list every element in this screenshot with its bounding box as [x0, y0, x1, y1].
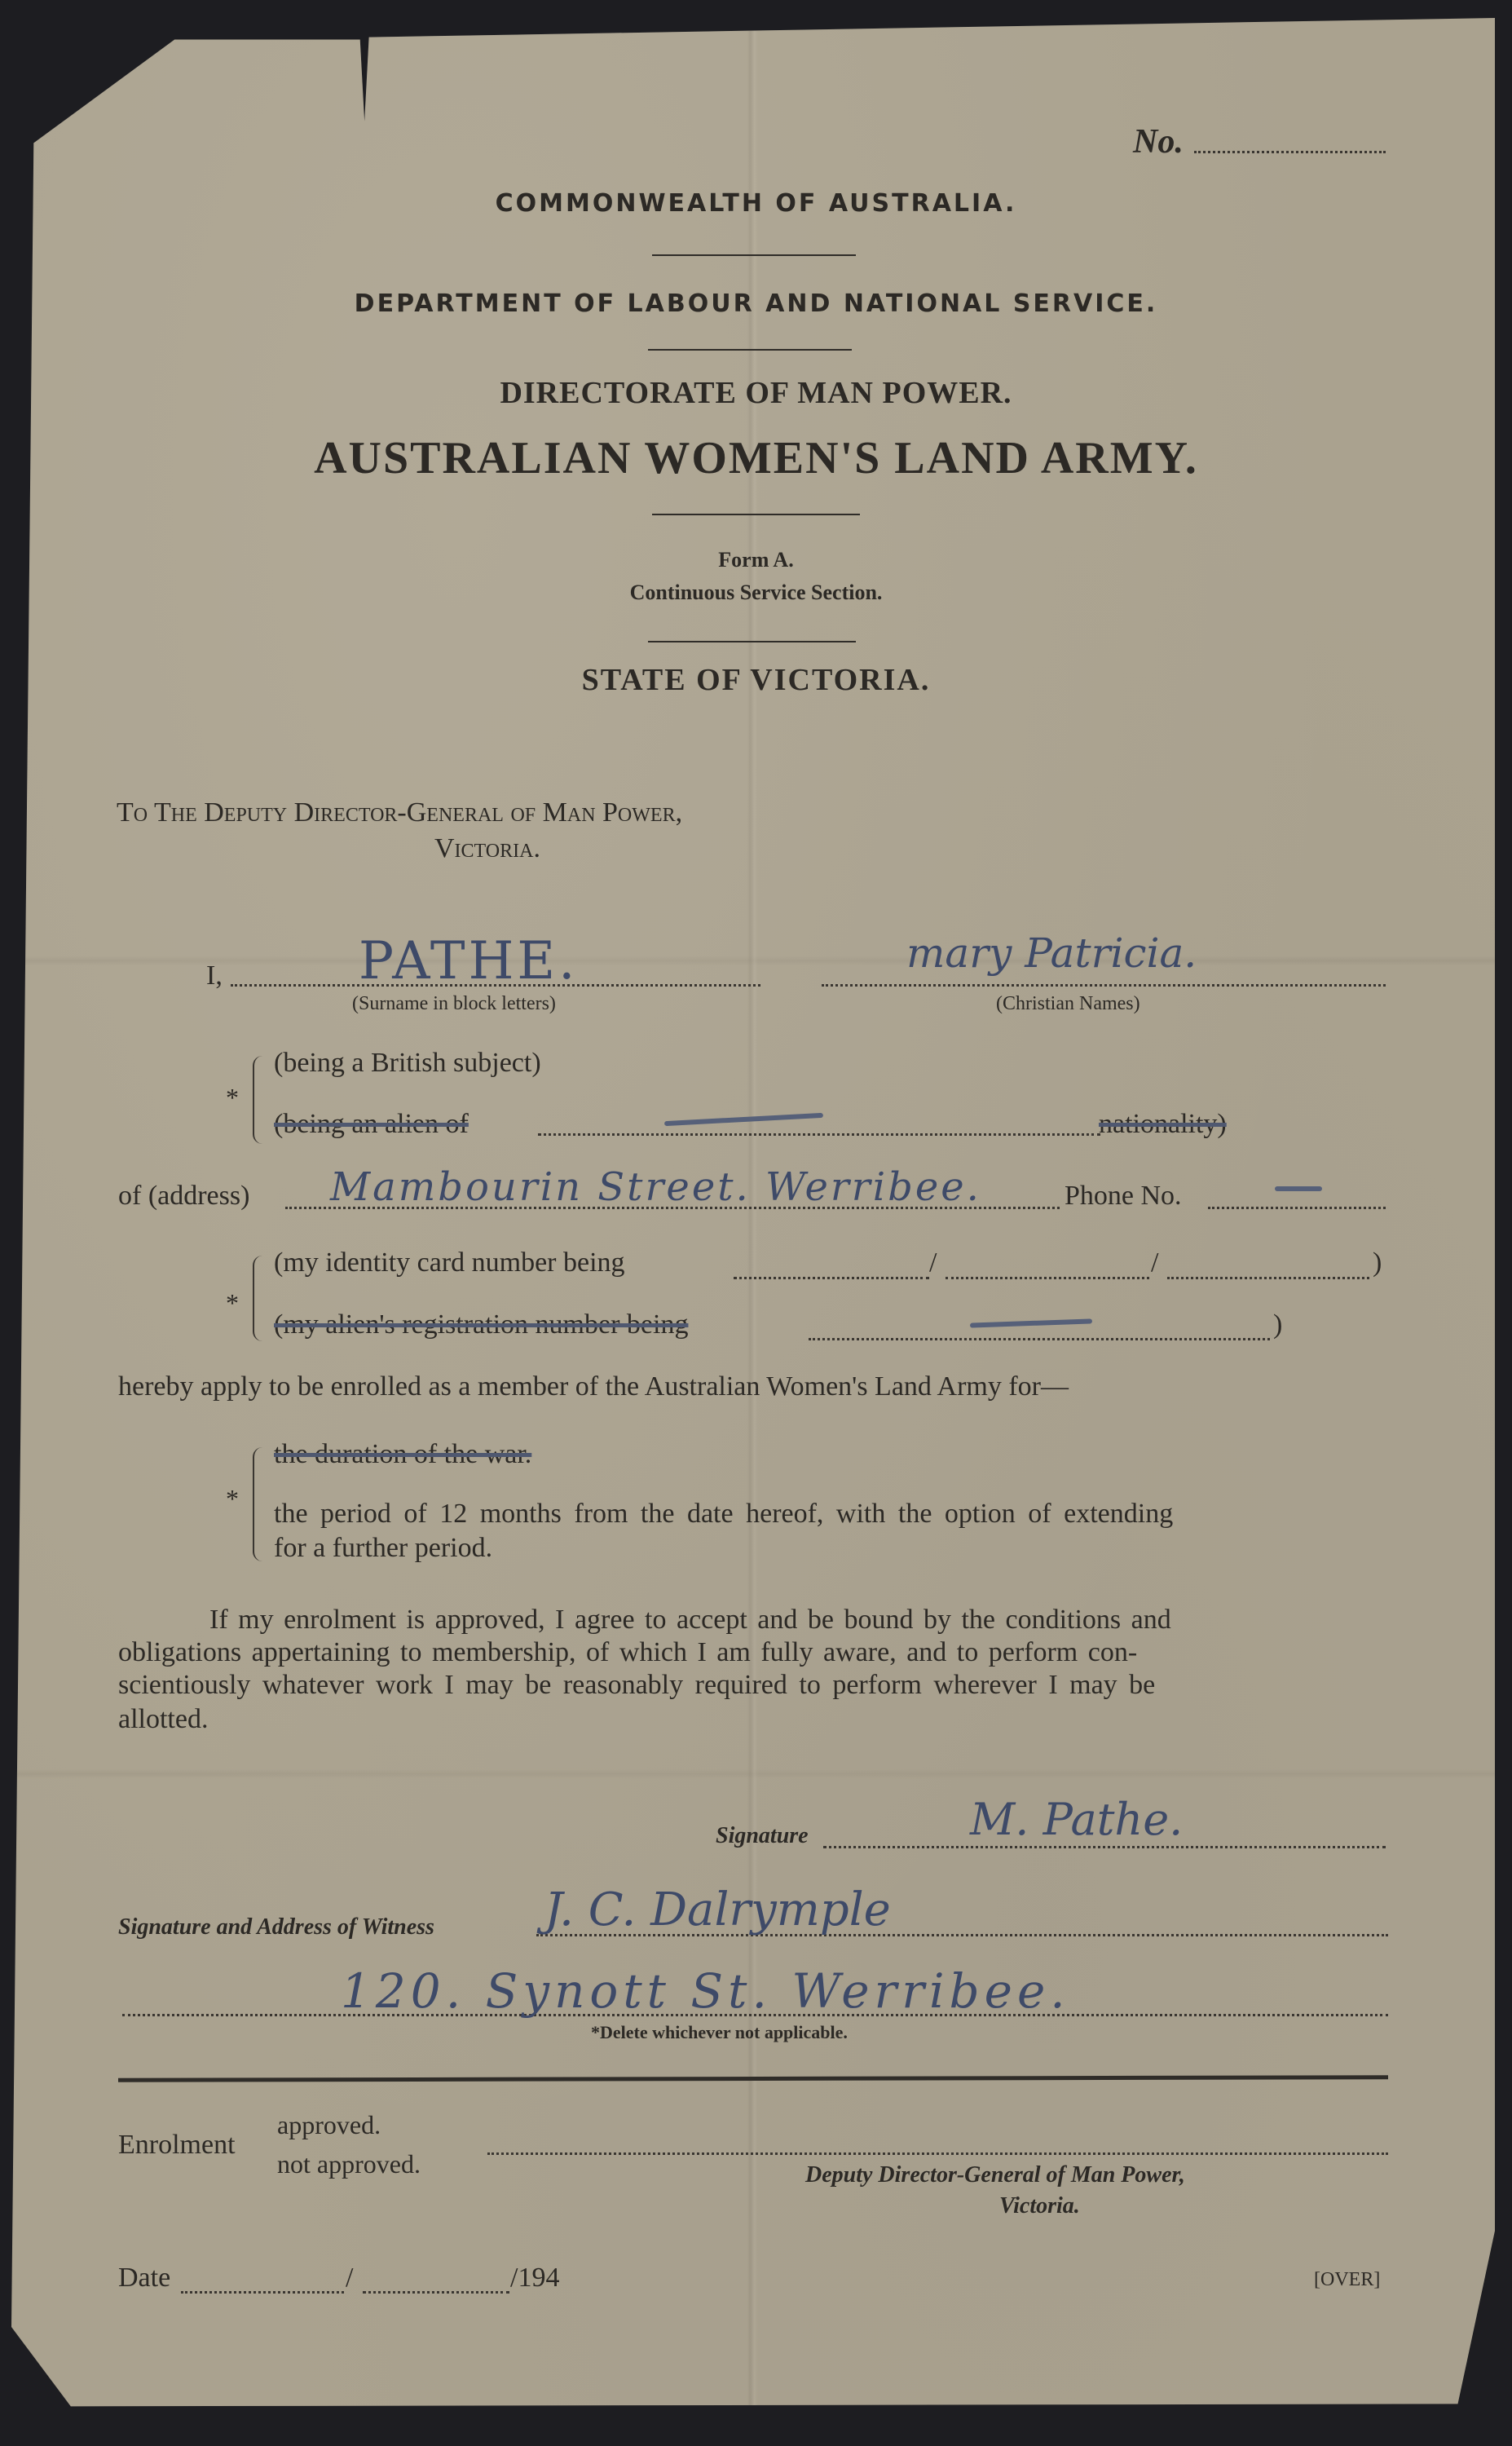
- commonwealth-heading: COMMONWEALTH OF AUSTRALIA.: [0, 189, 1512, 218]
- application-statement: hereby apply to be enrolled as a member …: [118, 1371, 1069, 1402]
- signature-value[interactable]: M. Pathe.: [970, 1794, 1183, 1845]
- alien-registration-close: ): [1273, 1309, 1282, 1340]
- divider: [648, 641, 856, 642]
- date-sep: /: [346, 2263, 353, 2294]
- divider: [648, 349, 852, 351]
- surname-caption: (Surname in block letters): [352, 993, 556, 1015]
- alien-nationality-field[interactable]: [538, 1133, 1100, 1136]
- enrolment-approved[interactable]: approved.: [277, 2110, 381, 2140]
- official-state: Victoria.: [999, 2193, 1080, 2219]
- signature-label: Signature: [716, 1823, 809, 1849]
- identity-card-sep2: /: [1151, 1247, 1158, 1278]
- over-marker: [OVER]: [1314, 2269, 1380, 2291]
- nationality-asterisk: *: [226, 1083, 239, 1113]
- address-value[interactable]: Mambourin Street. Werribee.: [330, 1164, 981, 1210]
- official-title: Deputy Director-General of Man Power,: [805, 2162, 1185, 2188]
- divider: [652, 254, 856, 256]
- divider: [652, 514, 860, 515]
- phone-label: Phone No.: [1065, 1181, 1182, 1212]
- applicant-prefix: I,: [206, 960, 223, 991]
- form-label: Form A.: [0, 548, 1512, 572]
- identity-card-sep1: /: [929, 1247, 937, 1278]
- addressee-line2: Victoria.: [434, 833, 540, 864]
- enrolment-label: Enrolment: [118, 2130, 236, 2161]
- option-twelve-months-line2: for a further period.: [274, 1533, 492, 1564]
- duration-asterisk: *: [226, 1484, 239, 1514]
- phone-dash: [1275, 1186, 1322, 1191]
- identity-brace: [253, 1256, 262, 1341]
- christian-names-value[interactable]: mary Patricia.: [906, 929, 1197, 977]
- phone-field[interactable]: [1208, 1207, 1386, 1209]
- christian-names-field[interactable]: [822, 984, 1386, 987]
- witness-signature-value[interactable]: J. C. Dalrymple: [544, 1883, 891, 1936]
- agreement-line4: allotted.: [118, 1704, 208, 1735]
- agreement-line1: If my enrolment is approved, I agree to …: [209, 1605, 1171, 1636]
- address-label: of (address): [118, 1181, 249, 1212]
- identity-card-part3[interactable]: [1167, 1277, 1369, 1279]
- identity-card-close: ): [1373, 1247, 1382, 1278]
- witness-label: Signature and Address of Witness: [118, 1914, 434, 1940]
- form-number-label: No.: [1133, 122, 1184, 161]
- form-number-field[interactable]: [1194, 151, 1386, 153]
- official-signature-field[interactable]: [487, 2152, 1388, 2155]
- alien-registration-label: (my alien's registration number being: [274, 1309, 688, 1340]
- agreement-line2: obligations appertaining to membership, …: [118, 1637, 1137, 1668]
- date-month-field[interactable]: [363, 2291, 509, 2294]
- directorate-heading: DIRECTORATE OF MAN POWER.: [0, 375, 1512, 411]
- signature-field[interactable]: [823, 1846, 1386, 1848]
- agreement-line3: scientiously whatever work I may be reas…: [118, 1670, 1155, 1701]
- option-twelve-months[interactable]: the period of 12 months from the date he…: [274, 1499, 1173, 1530]
- date-day-field[interactable]: [181, 2291, 344, 2294]
- identity-asterisk: *: [226, 1288, 239, 1318]
- department-heading: DEPARTMENT OF LABOUR AND NATIONAL SERVIC…: [0, 289, 1512, 318]
- alien-registration-field[interactable]: [809, 1338, 1270, 1340]
- state-heading: STATE OF VICTORIA.: [0, 662, 1512, 698]
- christian-names-caption: (Christian Names): [996, 993, 1140, 1015]
- identity-card-label: (my identity card number being: [274, 1247, 625, 1278]
- nationality-alien-suffix: nationality): [1099, 1109, 1227, 1140]
- duration-brace: [253, 1447, 262, 1561]
- delete-footnote: *Delete whichever not applicable.: [591, 2022, 848, 2043]
- option-duration-of-war[interactable]: the duration of the war.: [274, 1439, 531, 1470]
- enrolment-not-approved[interactable]: not approved.: [277, 2149, 421, 2179]
- addressee-line1: To The Deputy Director-General of Man Po…: [117, 797, 682, 828]
- nationality-british[interactable]: (being a British subject): [274, 1048, 541, 1079]
- identity-card-part2[interactable]: [946, 1277, 1149, 1279]
- section-label: Continuous Service Section.: [0, 581, 1512, 605]
- page-title: AUSTRALIAN WOMEN'S LAND ARMY.: [0, 432, 1512, 484]
- identity-card-part1[interactable]: [734, 1277, 929, 1279]
- date-label: Date: [118, 2263, 170, 2294]
- date-year: /194: [510, 2263, 559, 2294]
- witness-address-value[interactable]: 120. Synott St. Werribee.: [341, 1963, 1070, 2019]
- surname-value[interactable]: PATHE.: [359, 931, 578, 991]
- nationality-brace: [253, 1056, 262, 1144]
- nationality-alien-label[interactable]: (being an alien of: [274, 1109, 469, 1140]
